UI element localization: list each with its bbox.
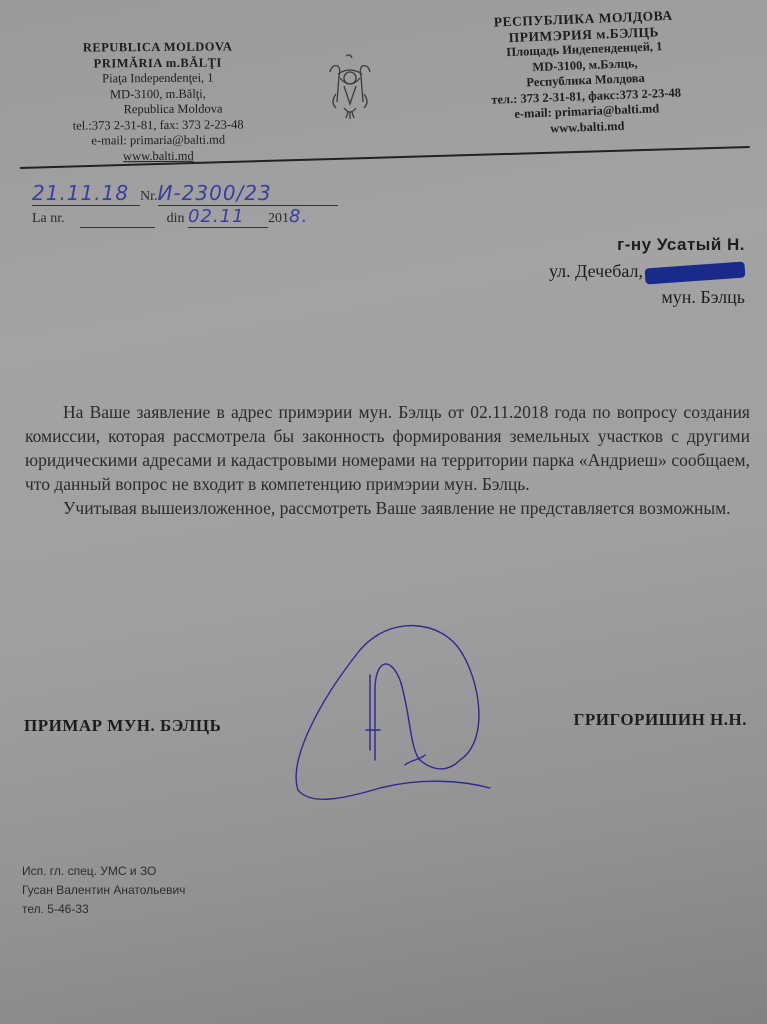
- outgoing-date: 21.11.18: [32, 181, 140, 206]
- recipient-street: ул. Дечебал,: [549, 258, 745, 284]
- executor-position: Исп. гл. спец. УМС и ЗО: [22, 862, 185, 881]
- handwritten-signature: [280, 610, 520, 810]
- incoming-date: 02.11: [188, 206, 268, 228]
- letterhead-left-line: Republica Moldova: [38, 101, 278, 118]
- executor-info: Исп. гл. спец. УМС и ЗО Гусан Валентин А…: [22, 862, 185, 919]
- letter-page: REPUBLICA MOLDOVA PRIMĂRIA m.BĂLŢI Piaţa…: [0, 0, 767, 1024]
- recipient-city: мун. Бэлць: [549, 284, 745, 310]
- nr-label: Nr.: [140, 189, 158, 204]
- letterhead-left-line: Piaţa Independenţei, 1: [38, 70, 278, 87]
- year-handwritten: 8.: [289, 206, 308, 227]
- din-label: din: [167, 211, 185, 226]
- incoming-reference-line: La nr. din 02.112018.: [32, 206, 308, 228]
- body-paragraph: Учитывая вышеизложенное, рассмотреть Ваш…: [25, 496, 750, 520]
- signatory-title: ПРИМАР МУН. БЭЛЦЬ: [24, 716, 221, 736]
- recipient-name: г-ну Усатый Н.: [549, 232, 745, 258]
- executor-phone: тел. 5-46-33: [22, 900, 185, 919]
- letterhead-left-line: REPUBLICA MOLDOVA: [38, 39, 278, 56]
- letterhead-left-line: tel.:373 2-31-81, fax: 373 2-23-48: [38, 117, 278, 134]
- outgoing-number: И-2300/23: [158, 181, 338, 206]
- reference-number-line: 21.11.18Nr.И-2300/23: [32, 181, 338, 206]
- letterhead-left-line: MD-3100, m.Bălţi,: [38, 86, 278, 103]
- body-paragraph: На Ваше заявление в адрес примэрии мун. …: [25, 400, 750, 496]
- letterhead-right: РЕСПУБЛИКА МОЛДОВА ПРИМЭРИЯ м.БЭЛЦЬ Площ…: [458, 6, 713, 140]
- la-nr-blank: [80, 211, 155, 228]
- letter-body: На Ваше заявление в адрес примэрии мун. …: [25, 400, 750, 520]
- recipient-street-text: ул. Дечебал,: [549, 261, 643, 281]
- coat-of-arms-icon: [318, 50, 382, 122]
- letterhead-left: REPUBLICA MOLDOVA PRIMĂRIA m.BĂLŢI Piaţa…: [38, 39, 279, 165]
- signatory-name: ГРИГОРИШИН Н.Н.: [574, 710, 747, 730]
- letterhead-left-line: PRIMĂRIA m.BĂLŢI: [38, 55, 278, 72]
- year-printed: 201: [268, 211, 289, 226]
- la-nr-label: La nr.: [32, 211, 65, 226]
- recipient-block: г-ну Усатый Н. ул. Дечебал, мун. Бэлць: [549, 232, 745, 310]
- redaction-mark: [645, 261, 746, 284]
- executor-name: Гусан Валентин Анатольевич: [22, 881, 185, 900]
- letterhead-left-line: e-mail: primaria@balti.md: [38, 132, 278, 149]
